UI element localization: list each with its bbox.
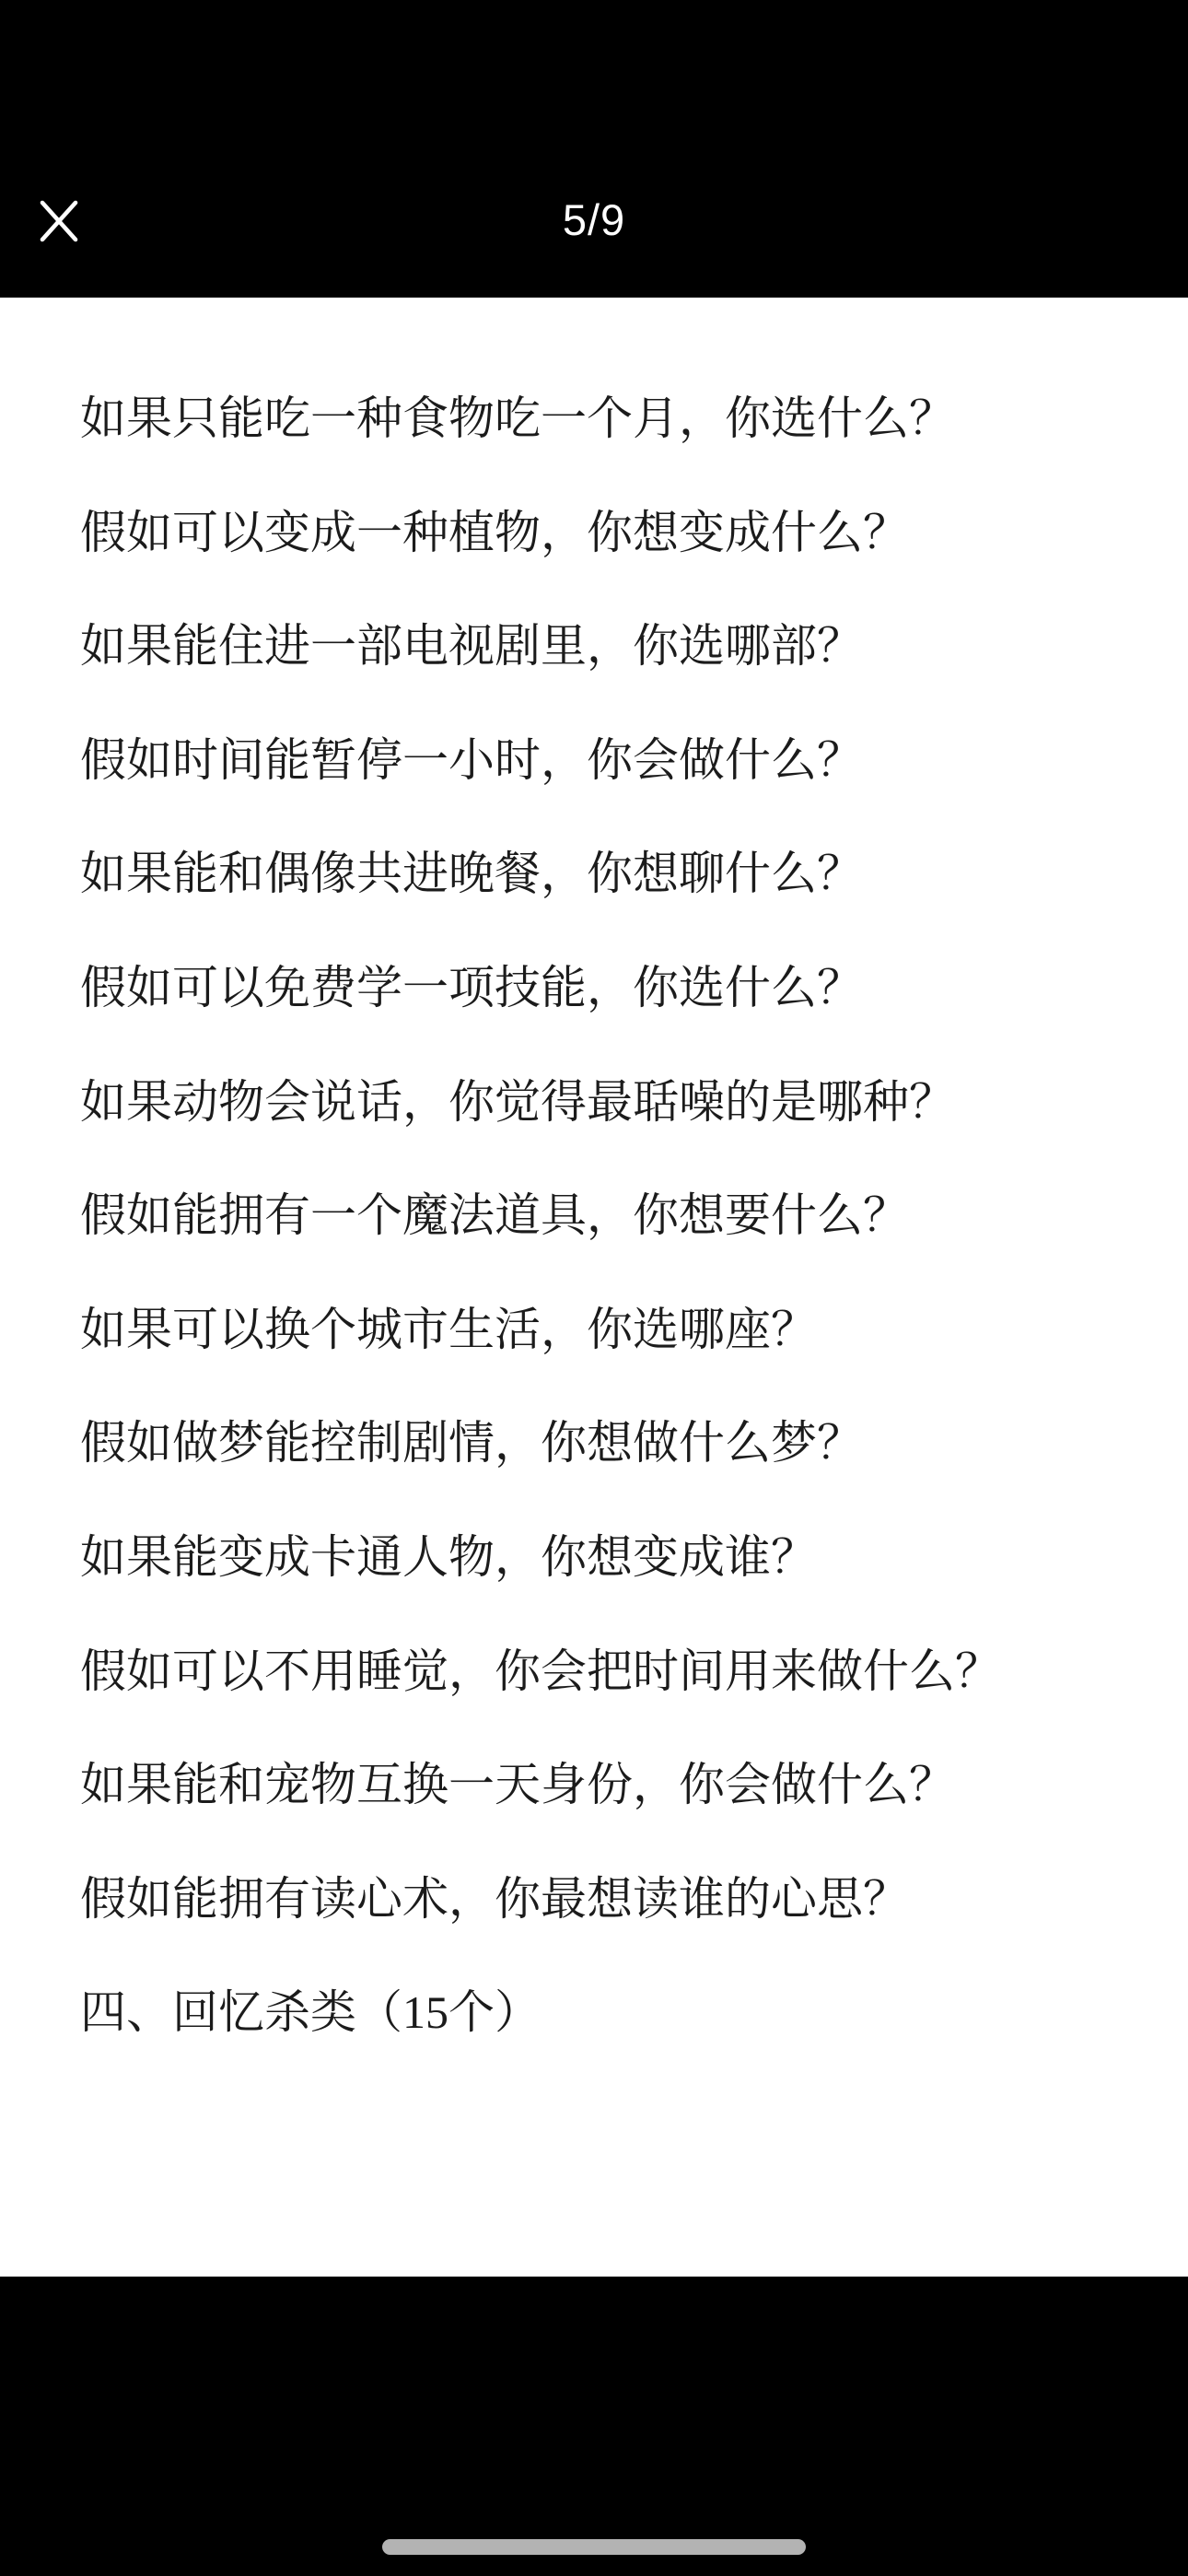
document-line: 如果能变成卡通人物，你想变成谁？ — [80, 1501, 1137, 1615]
document-line: 如果能和宠物互换一天身份，你会做什么？ — [80, 1728, 1137, 1843]
document-line: 假如能拥有读心术，你最想读谁的心思？ — [80, 1843, 1137, 1957]
document-line: 如果能和偶像共进晚餐，你想聊什么？ — [80, 817, 1137, 931]
document-page[interactable]: 如果只能吃一种食物吃一个月，你选什么？假如可以变成一种植物，你想变成什么？如果能… — [0, 298, 1188, 2277]
home-indicator[interactable] — [382, 2539, 806, 2555]
document-line: 假如做梦能控制剧情，你想做什么梦？ — [80, 1387, 1137, 1501]
document-line: 假如可以变成一种植物，你想变成什么？ — [80, 476, 1137, 591]
document-line: 假如时间能暂停一小时，你会做什么？ — [80, 704, 1137, 818]
page-indicator: 5/9 — [0, 192, 1188, 249]
image-viewer-screen: { "viewer": { "page_indicator": "5/9" },… — [0, 0, 1188, 2576]
document-text: 如果只能吃一种食物吃一个月，你选什么？假如可以变成一种植物，你想变成什么？如果能… — [80, 362, 1137, 2070]
viewer-footer — [0, 2277, 1188, 2576]
viewer-header: 5/9 — [0, 0, 1188, 298]
document-line: 假如能拥有一个魔法道具，你想要什么？ — [80, 1159, 1137, 1273]
document-line: 如果只能吃一种食物吃一个月，你选什么？ — [80, 362, 1137, 476]
document-line: 假如可以不用睡觉，你会把时间用来做什么？ — [80, 1615, 1137, 1729]
document-line: 四、回忆杀类（15个） — [80, 1956, 1137, 2070]
document-line: 如果可以换个城市生活，你选哪座？ — [80, 1273, 1137, 1388]
document-line: 如果动物会说话，你觉得最聒噪的是哪种？ — [80, 1046, 1137, 1160]
document-line: 假如可以免费学一项技能，你选什么？ — [80, 931, 1137, 1046]
document-line: 如果能住进一部电视剧里，你选哪部？ — [80, 590, 1137, 704]
